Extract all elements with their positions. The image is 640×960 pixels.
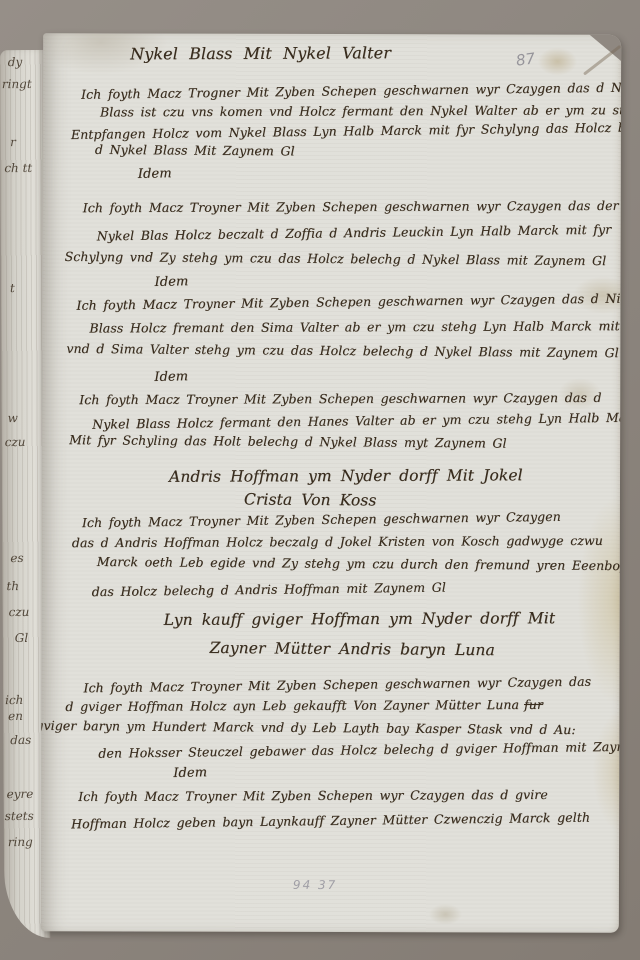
margin-fragment: t	[10, 282, 15, 294]
entry-line: Entpfangen Holcz vom Nykel Blass Lyn Hal…	[71, 121, 621, 141]
entry-line: Ich foyth Macz Troyner Mit Zyben Schepen…	[78, 789, 548, 804]
entry-line: Ich foyth Macz Troyner Mit Zyben Schepen…	[79, 392, 601, 407]
entry-line: Ich foyth Macz Troyner Mit Zyben Schepen…	[83, 676, 591, 695]
margin-fragment: czu	[9, 606, 30, 618]
entry-line: Schylyng vnd Zy stehg ym czu das Holcz b…	[65, 251, 607, 268]
entry-line: d Nykel Blass Mit Zaynem Gl	[95, 144, 295, 158]
struck-word: fur	[524, 697, 543, 712]
margin-fragment: ich	[5, 694, 23, 706]
entry-line: d gviger Hoffman Holcz ayn Leb gekaufft …	[65, 699, 543, 714]
entry-line: das d Andris Hoffman Holcz beczalg d Jok…	[72, 535, 603, 550]
margin-fragment: eyre	[7, 788, 34, 800]
entry-line: Nykel Blass Holcz fermant den Hanes Valt…	[92, 411, 621, 431]
entry-line: Ich foyth Macz Troyner Mit Zyben Schepen…	[83, 200, 619, 215]
section-heading: Lyn kauff gviger Hoffman ym Nyder dorff …	[164, 611, 556, 628]
photographed-manuscript: dy ringt r ch tt t w czu es th czu Gl ic…	[0, 0, 640, 960]
idem-marker: Idem	[173, 766, 207, 780]
entry-line: Marck oeth Leb egide vnd Zy stehg ym czu…	[97, 556, 621, 573]
idem-marker: Idem	[138, 167, 172, 181]
section-heading: Crista Von Koss	[244, 492, 377, 509]
record-title: Nykel Blass Mit Nykel Valter	[130, 45, 391, 62]
margin-fragment: w	[8, 412, 18, 424]
margin-fragment: stets	[5, 810, 34, 822]
entry-line: das Holcz belechg d Andris Hoffman mit Z…	[92, 582, 446, 599]
entry-line: Blass Holcz fremant den Sima Valter ab e…	[89, 320, 621, 335]
margin-fragment: Gl	[15, 632, 29, 644]
entry-line: Nykel Blas Holcz beczalt d Zoffia d Andr…	[97, 224, 612, 243]
idem-marker: Idem	[154, 275, 188, 289]
entry-line: Ich foyth Macz Troyner Mit Zyben Schepen…	[76, 292, 621, 312]
entry-line: Hoffman Holcz geben bayn Laynkauff Zayne…	[71, 812, 590, 831]
idem-marker: Idem	[154, 370, 188, 384]
entry-line: Ich foyth Macz Trogner Mit Zyben Schepen…	[81, 81, 621, 101]
margin-fragment: r	[10, 136, 16, 148]
margin-fragment: ring	[8, 836, 33, 848]
margin-fragment: czu	[5, 436, 26, 448]
folio-number-pencil: 87	[515, 51, 536, 68]
margin-fragment: en	[8, 710, 23, 722]
entry-line: den Hoksser Steuczel gebawer das Holcz b…	[98, 740, 621, 760]
archive-number-pencil: 94 37	[293, 879, 337, 891]
manuscript-page: 87 Nykel Blass Mit Nykel Valter Ich foyt…	[41, 33, 621, 933]
page-content: 87 Nykel Blass Mit Nykel Valter Ich foyt…	[41, 33, 621, 933]
margin-fragment: das	[10, 734, 31, 746]
entry-line: Blass ist czu vns komen vnd Holcz ferman…	[100, 104, 621, 119]
margin-fragment: es	[10, 552, 23, 564]
margin-fragment: ch tt	[4, 162, 32, 174]
entry-line: gviger baryn ym Hundert Marck vnd dy Leb…	[41, 720, 576, 737]
entry-line-text: d gviger Hoffman Holcz ayn Leb gekaufft …	[65, 697, 519, 714]
section-heading: Zayner Mütter Andris baryn Luna	[210, 641, 495, 659]
margin-fragment: dy	[8, 56, 23, 68]
section-heading: Andris Hoffman ym Nyder dorff Mit Jokel	[169, 468, 523, 485]
margin-fragment: ringt	[2, 78, 32, 90]
entry-line: vnd d Sima Valter stehg ym czu das Holcz…	[66, 343, 618, 360]
entry-line: Ich foyth Macz Troyner Mit Zyben Schepen…	[82, 511, 561, 530]
entry-line: Mit fyr Schyling das Holt belechg d Nyke…	[69, 434, 507, 450]
margin-fragment: th	[6, 580, 19, 592]
